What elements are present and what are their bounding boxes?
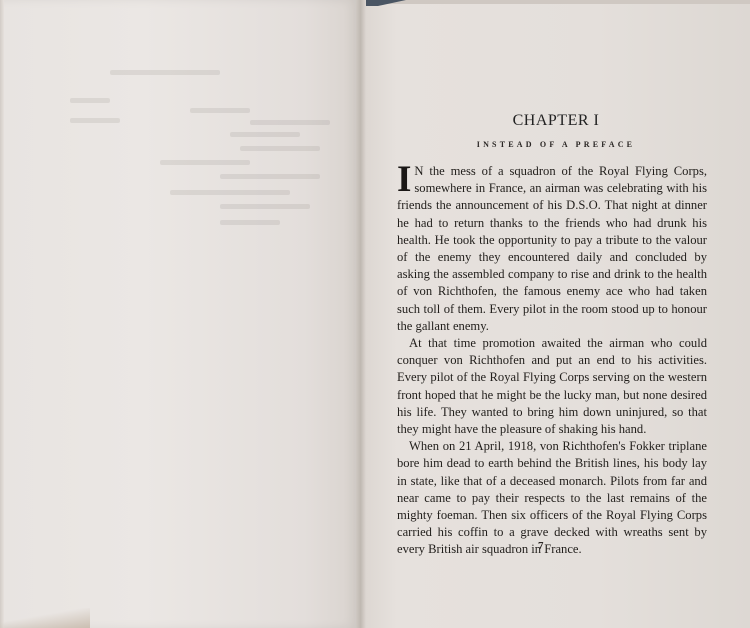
paragraph-1: IN the mess of a squadron of the Royal F… — [397, 163, 707, 335]
paragraph-2: At that time promotion awaited the airma… — [397, 335, 707, 438]
page-corner-curl — [0, 608, 90, 628]
chapter-title: CHAPTER I — [405, 112, 707, 130]
paragraph-1-text: N the mess of a squadron of the Royal Fl… — [397, 164, 707, 333]
open-book-spread: CHAPTER I INSTEAD OF A PREFACE IN the me… — [0, 0, 750, 628]
chapter-text-block: CHAPTER I INSTEAD OF A PREFACE IN the me… — [397, 112, 707, 559]
drop-cap: I — [397, 165, 411, 195]
left-page — [0, 0, 358, 628]
show-through-text — [70, 70, 330, 240]
page-number: 7 — [538, 540, 544, 552]
left-page-edge — [0, 0, 4, 628]
paragraph-3: When on 21 April, 1918, von Richthofen's… — [397, 438, 707, 558]
book-gutter — [356, 0, 366, 628]
chapter-subtitle: INSTEAD OF A PREFACE — [405, 140, 707, 149]
